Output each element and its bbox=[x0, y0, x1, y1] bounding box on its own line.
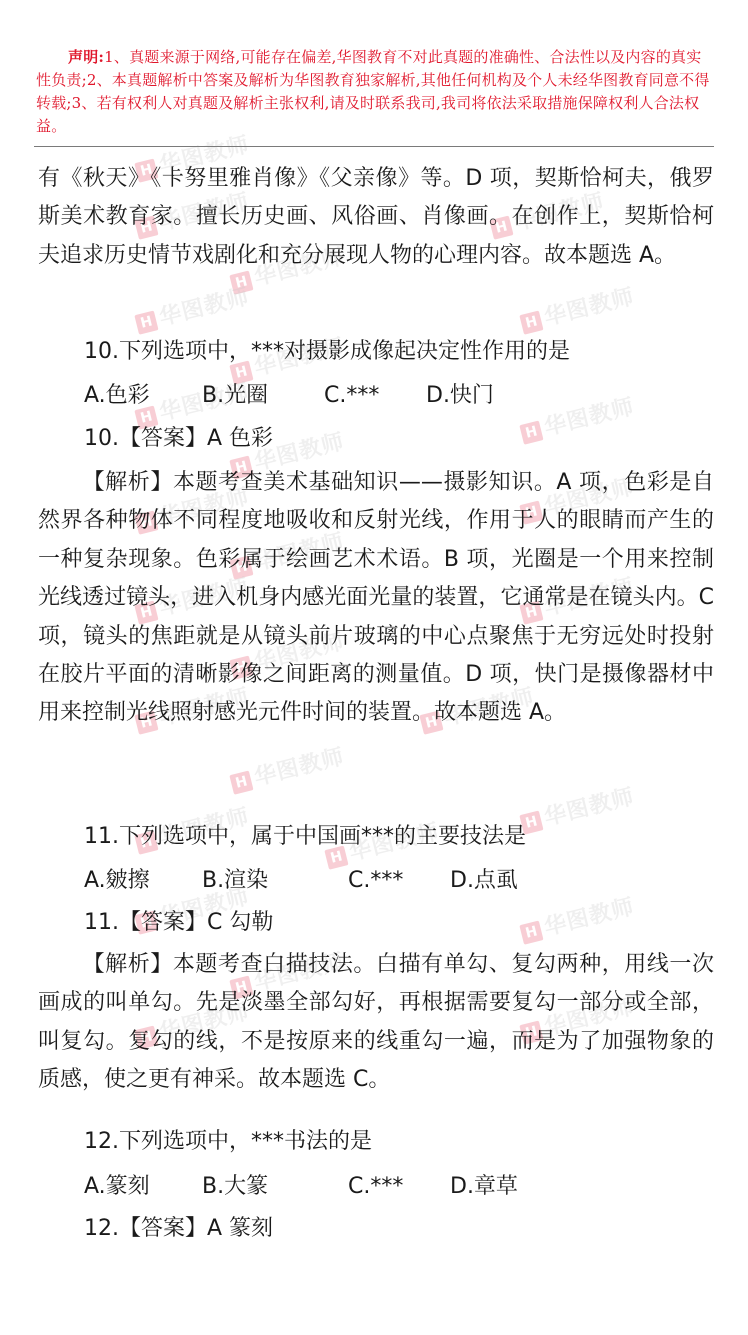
question-10-answer: 10.【答案】A 色彩 bbox=[84, 424, 273, 454]
question-10-analysis-block: 【解析】本题考查美术基础知识——摄影知识。A 项，色彩是自然界各种物体不同程度地… bbox=[38, 464, 714, 733]
option-a: A.色彩 bbox=[84, 381, 150, 411]
question-11-analysis-block: 【解析】本题考查白描技法。白描有单勾、复勾两种，用线一次画成的叫单勾。先是淡墨全… bbox=[38, 946, 714, 1100]
question-11-answer: 11.【答案】C 勾勒 bbox=[84, 908, 273, 938]
option-c: C.*** bbox=[348, 1172, 403, 1202]
disclaimer-text: 1、真题来源于网络,可能存在偏差,华图教育不对此真题的准确性、合法性以及内容的真… bbox=[36, 48, 710, 135]
disclaimer: 声明:1、真题来源于网络,可能存在偏差,华图教育不对此真题的准确性、合法性以及内… bbox=[36, 46, 712, 138]
watermark: H华图教师 bbox=[519, 896, 637, 945]
question-10-analysis: 【解析】本题考查美术基础知识——摄影知识。A 项，色彩是自然界各种物体不同程度地… bbox=[38, 464, 714, 733]
huatu-logo-icon: H bbox=[229, 770, 253, 794]
watermark: H华图教师 bbox=[229, 746, 347, 795]
continuation-block: 有《秋天》《卡努里雅肖像》《父亲像》等。D 项，契斯恰柯夫，俄罗斯美术教育家。擅… bbox=[38, 160, 714, 275]
huatu-logo-icon: H bbox=[519, 310, 543, 334]
watermark: H华图教师 bbox=[519, 396, 637, 445]
continuation-paragraph: 有《秋天》《卡努里雅肖像》《父亲像》等。D 项，契斯恰柯夫，俄罗斯美术教育家。擅… bbox=[38, 160, 714, 275]
option-d: D.点虱 bbox=[450, 866, 518, 896]
question-12-answer: 12.【答案】A 篆刻 bbox=[84, 1214, 273, 1244]
option-d: D.快门 bbox=[426, 381, 494, 411]
option-a: A.篆刻 bbox=[84, 1172, 150, 1202]
question-12-stem: 12.下列选项中，***书法的是 bbox=[84, 1127, 372, 1157]
huatu-logo-icon: H bbox=[519, 920, 543, 944]
option-b: B.大篆 bbox=[202, 1172, 268, 1202]
huatu-logo-icon: H bbox=[519, 420, 543, 444]
watermark: H华图教师 bbox=[134, 286, 252, 335]
option-c: C.*** bbox=[324, 381, 379, 411]
question-11-analysis: 【解析】本题考查白描技法。白描有单勾、复勾两种，用线一次画成的叫单勾。先是淡墨全… bbox=[38, 946, 714, 1100]
option-d: D.章草 bbox=[450, 1172, 518, 1202]
question-11-stem: 11.下列选项中，属于中国画***的主要技法是 bbox=[84, 822, 526, 852]
option-b: B.渲染 bbox=[202, 866, 268, 896]
watermark: H华图教师 bbox=[519, 786, 637, 835]
option-b: B.光圈 bbox=[202, 381, 268, 411]
option-a: A.皴擦 bbox=[84, 866, 150, 896]
question-10-stem: 10.下列选项中，***对摄影成像起决定性作用的是 bbox=[84, 337, 570, 367]
disclaimer-lead: 声明: bbox=[68, 48, 104, 66]
watermark: H华图教师 bbox=[519, 286, 637, 335]
divider bbox=[34, 146, 714, 147]
huatu-logo-icon: H bbox=[134, 310, 158, 334]
option-c: C.*** bbox=[348, 866, 403, 896]
